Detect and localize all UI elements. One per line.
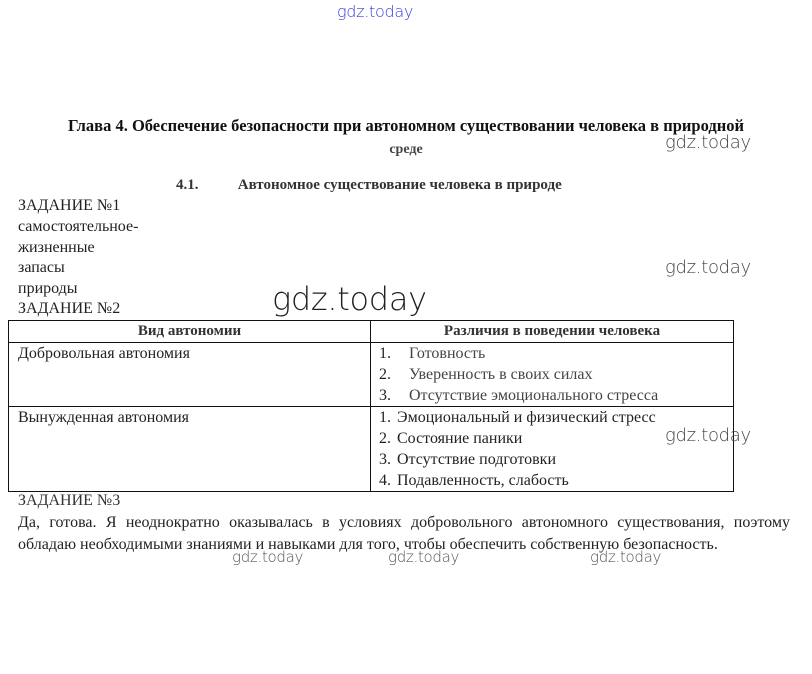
item-number: 1. (379, 407, 397, 428)
item-text: Готовность (409, 345, 485, 362)
item-text: Уверенность в своих силах (409, 366, 593, 383)
list-item: 3.Отсутствие эмоционального стресса (379, 385, 725, 406)
differences-list: 1.Эмоциональный и физический стресс 2.Со… (379, 407, 725, 491)
task1-answer-line: самостоятельное- (18, 217, 138, 238)
task1-answer-line: природы (18, 279, 138, 300)
table-row: Вынужденная автономия 1.Эмоциональный и … (9, 407, 734, 492)
item-text: Подавленность, слабость (397, 472, 569, 489)
item-number: 2. (379, 428, 397, 449)
watermark: gdz.today (590, 548, 661, 566)
autonomy-table: Вид автономии Различия в поведении челов… (8, 320, 734, 492)
watermark: gdz.today (388, 548, 459, 566)
item-text: Отсутствие эмоционального стресса (409, 387, 658, 404)
watermark: gdz.today (665, 425, 751, 446)
watermark: gdz.today (665, 132, 751, 153)
list-item: 2.Уверенность в своих силах (379, 364, 725, 385)
task1-answer: самостоятельное- жизненные запасы природ… (18, 217, 138, 299)
list-item: 4.Подавленность, слабость (379, 470, 725, 491)
table-header-row: Вид автономии Различия в поведении челов… (9, 321, 734, 343)
column-header-differences: Различия в поведении человека (371, 321, 734, 343)
item-number: 2. (379, 364, 409, 385)
item-number: 4. (379, 470, 397, 491)
item-text: Отсутствие подготовки (397, 451, 556, 468)
list-item: 1.Готовность (379, 343, 725, 364)
watermark: gdz.today (232, 548, 303, 566)
differences-cell: 1.Эмоциональный и физический стресс 2.Со… (371, 407, 734, 492)
autonomy-kind-cell: Вынужденная автономия (9, 407, 371, 492)
table-row: Добровольная автономия 1.Готовность 2.Ув… (9, 343, 734, 407)
section-number: 4.1. (176, 177, 234, 194)
differences-list: 1.Готовность 2.Уверенность в своих силах… (379, 343, 725, 406)
watermark-large: gdz.today (272, 280, 427, 318)
column-header-kind: Вид автономии (9, 321, 371, 343)
item-number: 1. (379, 343, 409, 364)
task1-answer-line: жизненные (18, 238, 138, 259)
task1-answer-line: запасы (18, 258, 138, 279)
watermark: gdz.today (665, 257, 751, 278)
task2-title: ЗАДАНИЕ №2 (18, 300, 120, 318)
autonomy-kind-cell: Добровольная автономия (9, 343, 371, 407)
task3-title: ЗАДАНИЕ №3 (18, 492, 120, 510)
section-title: Автономное существование человека в прир… (238, 177, 562, 193)
list-item: 3.Отсутствие подготовки (379, 449, 725, 470)
item-text: Состояние паники (397, 430, 522, 447)
item-number: 3. (379, 385, 409, 406)
section-heading: 4.1. Автономное существование человека в… (176, 177, 562, 194)
task1-title: ЗАДАНИЕ №1 (18, 197, 120, 215)
item-text: Эмоциональный и физический стресс (397, 409, 656, 426)
differences-cell: 1.Готовность 2.Уверенность в своих силах… (371, 343, 734, 407)
watermark-top: gdz.today (337, 2, 413, 21)
item-number: 3. (379, 449, 397, 470)
chapter-title-line1: Глава 4. Обеспечение безопасности при ав… (68, 116, 744, 135)
